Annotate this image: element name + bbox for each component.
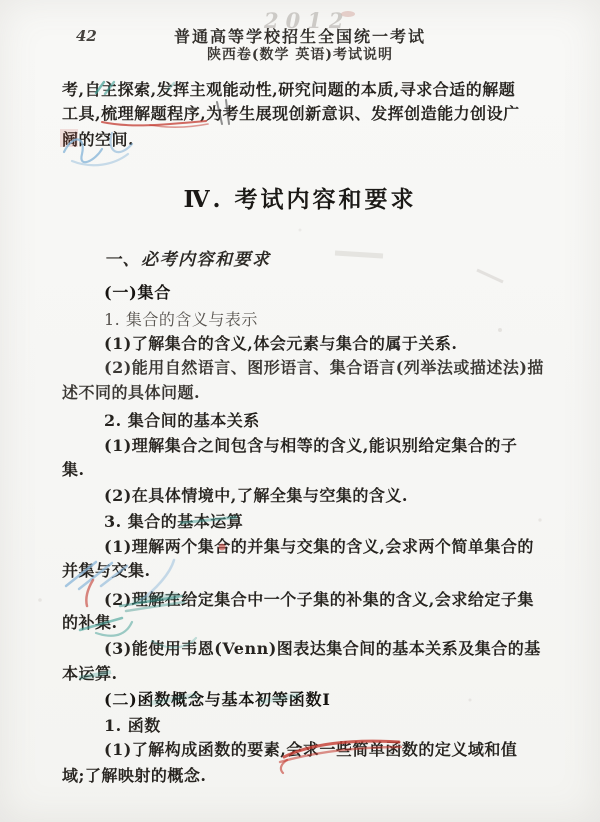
content-line-f-1b: 域;了解映射的概念.: [62, 766, 206, 786]
subsection-heading: 一、必考内容和要求: [104, 250, 271, 270]
content-line-3-3a: (3)能使用韦恩(Venn)图表达集合间的基本关系及集合的基: [104, 639, 541, 659]
content-line-3-1a: (1)理解两个集合的并集与交集的含义,会求两个简单集合的: [104, 537, 534, 557]
intro-line-2: 工具,梳理解题程序,为考生展现创新意识、发挥创造能力创设广: [62, 104, 520, 124]
content-line-3-2a: (2)理解在给定集合中一个子集的补集的含义,会求给定子集: [104, 590, 534, 610]
content-line-1-2a: (2)能用自然语言、图形语言、集合语言(列举法或描述法)描: [104, 358, 544, 378]
content-line-2-1a: (1)理解集合之间包含与相等的含义,能识别给定集合的子: [104, 436, 517, 456]
content-line-3-2b: 的补集.: [62, 613, 118, 633]
content-line-3-1b: 并集与交集.: [62, 561, 151, 581]
content-line-3-3b: 本运算.: [62, 664, 118, 684]
content-line-2-2: (2)在具体情境中,了解全集与空集的含义.: [104, 486, 408, 506]
exam-subtitle: 陕西卷(数学 英语)考试说明: [0, 44, 600, 64]
content-line-f-1a: (1)了解构成函数的要素,会求一些简单函数的定义域和值: [104, 740, 517, 760]
item-3-heading: 3. 集合的基本运算: [104, 512, 243, 532]
section-heading: Ⅳ. 考试内容和要求: [0, 181, 600, 214]
item-1-heading: 1. 集合的含义与表示: [104, 310, 258, 330]
item-2-heading: 2. 集合间的基本关系: [104, 411, 260, 431]
intro-line-1: 考,自主探索,发挥主观能动性,研究问题的本质,寻求合适的解题: [62, 80, 515, 100]
topic-functions-heading: (二)函数概念与基本初等函数Ⅰ: [104, 690, 331, 710]
item-func-1-heading: 1. 函数: [104, 716, 161, 736]
content-line-1-1: (1)了解集合的含义,体会元素与集合的属于关系.: [104, 334, 457, 354]
topic-sets-heading: (一)集合: [104, 283, 171, 303]
scanned-exam-spec-page: 2012 42 普通高等学校招生全国统一考试 陕西卷(数学 英语)考试说明 考,…: [0, 0, 600, 822]
content-line-2-1b: 集.: [62, 460, 85, 480]
pencil-smudges: [335, 253, 503, 282]
red-stroke-mark: [86, 580, 93, 606]
content-line-1-2b: 述不同的具体问题.: [62, 383, 200, 403]
intro-line-3: 阔的空间.: [62, 130, 134, 150]
